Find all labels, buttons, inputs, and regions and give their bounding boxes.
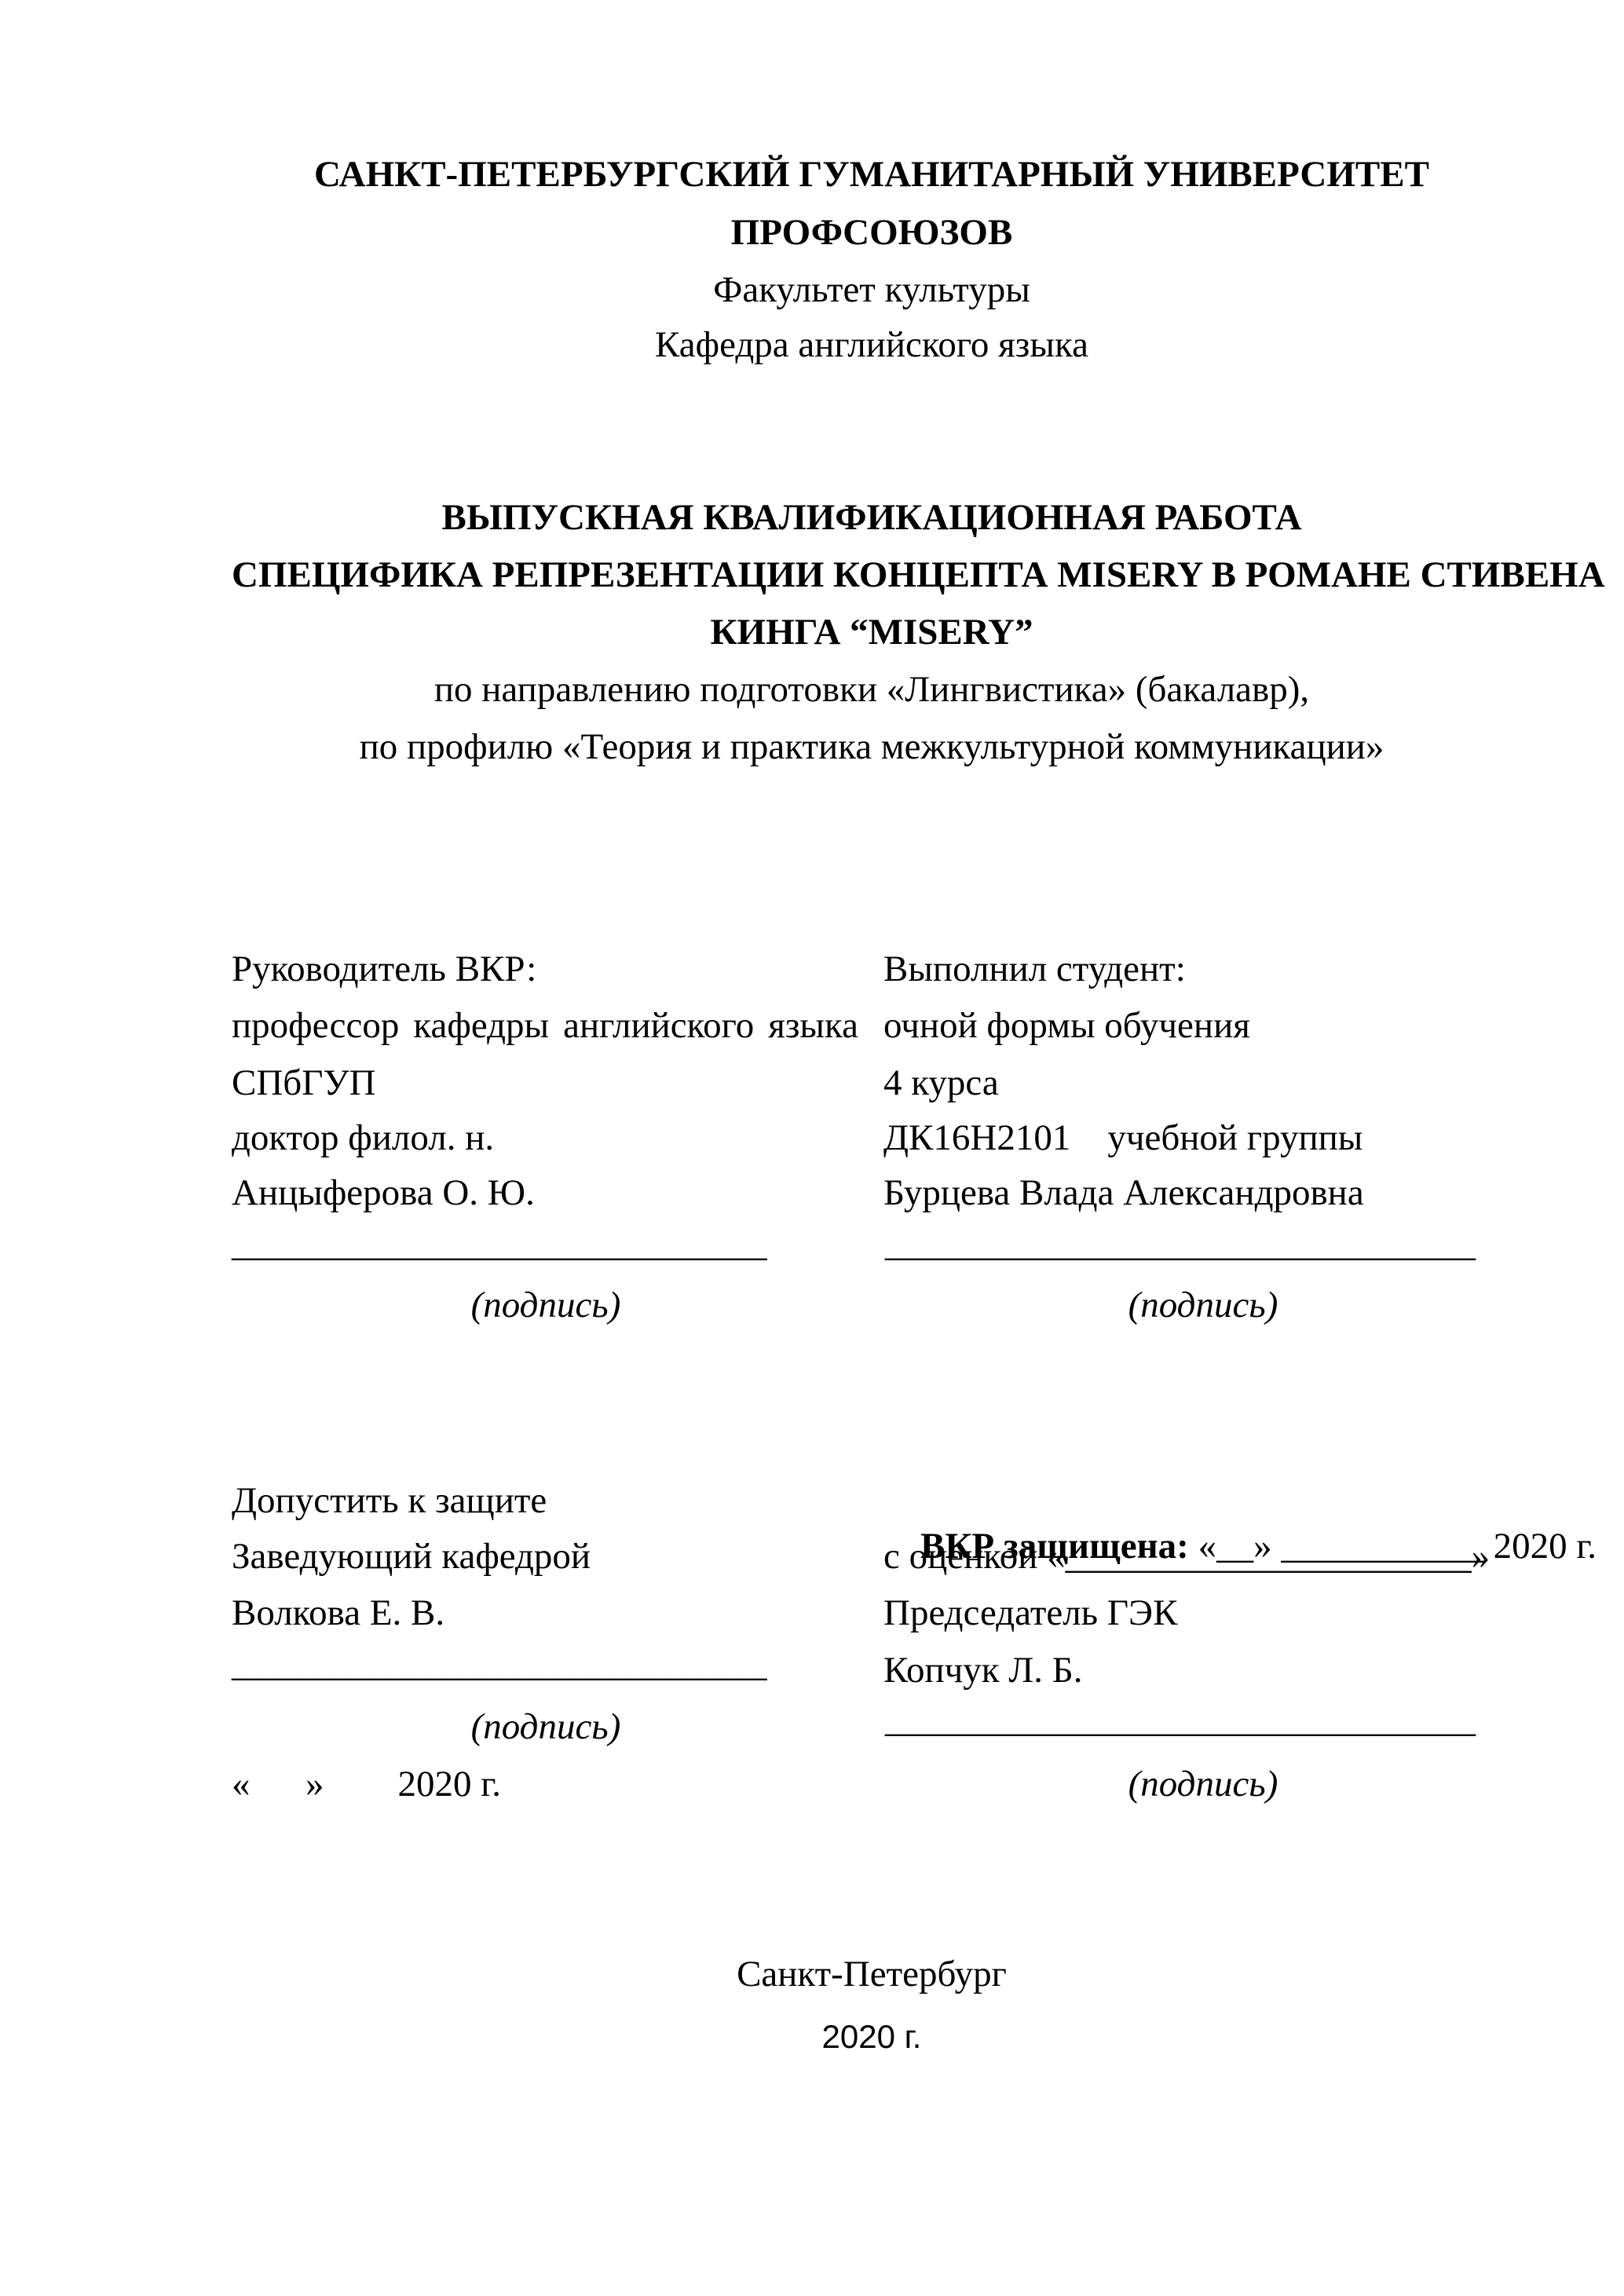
university-name-line1: САНКТ-ПЕТЕРБУРГСКИЙ ГУМАНИТАРНЫЙ УНИВЕРС… — [232, 152, 1512, 197]
supervisor-signature-caption: (подпись) — [232, 1282, 860, 1328]
defense-chairman-name: Копчук Л. Б. — [883, 1647, 1083, 1693]
footer-year: 2020 г. — [232, 2014, 1512, 2060]
admission-line1: Допустить к защите — [232, 1478, 547, 1523]
footer-city: Санкт-Петербург — [232, 1951, 1512, 1997]
student-study-form: очной формы обучения — [883, 1003, 1250, 1048]
admission-head-name: Волкова Е. В. — [232, 1590, 444, 1636]
student-name: Бурцева Влада Александровна — [883, 1170, 1364, 1216]
department-name: Кафедра английского языка — [232, 322, 1512, 367]
admission-signature-line: _____________________________ — [232, 1641, 767, 1687]
supervisor-organization: СПбГУП — [232, 1060, 376, 1106]
defense-chairman-label: Председатель ГЭК — [883, 1590, 1177, 1636]
supervisor-name: Анцыферова О. Ю. — [232, 1170, 535, 1216]
admission-line2: Заведующий кафедрой — [232, 1534, 591, 1579]
student-signature-line: ________________________________ — [885, 1221, 1476, 1267]
supervisor-position-word3: английского — [563, 1003, 754, 1048]
defense-signature-caption: (подпись) — [885, 1761, 1521, 1807]
thesis-topic-line1: СПЕЦИФИКА РЕПРЕЗЕНТАЦИИ КОНЦЕПТА MISERY … — [232, 552, 1512, 598]
faculty-name: Факультет культуры — [232, 267, 1512, 313]
supervisor-position: профессор кафедры английского языка — [232, 1003, 858, 1048]
university-name-line2: ПРОФСОЮЗОВ — [232, 210, 1512, 255]
work-type-heading: ВЫПУСКНАЯ КВАЛИФИКАЦИОННАЯ РАБОТА — [232, 495, 1512, 540]
supervisor-position-word1: профессор — [232, 1003, 399, 1048]
study-program: по направлению подготовки «Лингвистика» … — [232, 667, 1512, 712]
title-page: САНКТ-ПЕТЕРБУРГСКИЙ ГУМАНИТАРНЫЙ УНИВЕРС… — [0, 0, 1624, 2296]
study-profile: по профилю «Теория и практика межкультур… — [232, 724, 1512, 770]
student-role-label: Выполнил студент: — [883, 946, 1186, 992]
thesis-topic-line2: КИНГА “MISERY” — [232, 609, 1512, 655]
admission-signature-caption: (подпись) — [232, 1704, 860, 1749]
admission-date-line: « » 2020 г. — [232, 1761, 501, 1807]
supervisor-signature-line: _____________________________ — [232, 1221, 767, 1267]
student-group: ДК16Н2101 учебной группы — [883, 1115, 1362, 1161]
student-signature-caption: (подпись) — [885, 1282, 1521, 1328]
student-year: 4 курса — [883, 1060, 999, 1106]
supervisor-degree: доктор филол. н. — [232, 1115, 494, 1161]
defense-signature-line: ________________________________ — [885, 1697, 1476, 1742]
supervisor-role-label: Руководитель ВКР: — [232, 946, 536, 992]
defense-grade-line: с оценкой «______________________» — [883, 1534, 1490, 1579]
supervisor-position-word4: языка — [768, 1003, 858, 1048]
supervisor-position-word2: кафедры — [413, 1003, 549, 1048]
